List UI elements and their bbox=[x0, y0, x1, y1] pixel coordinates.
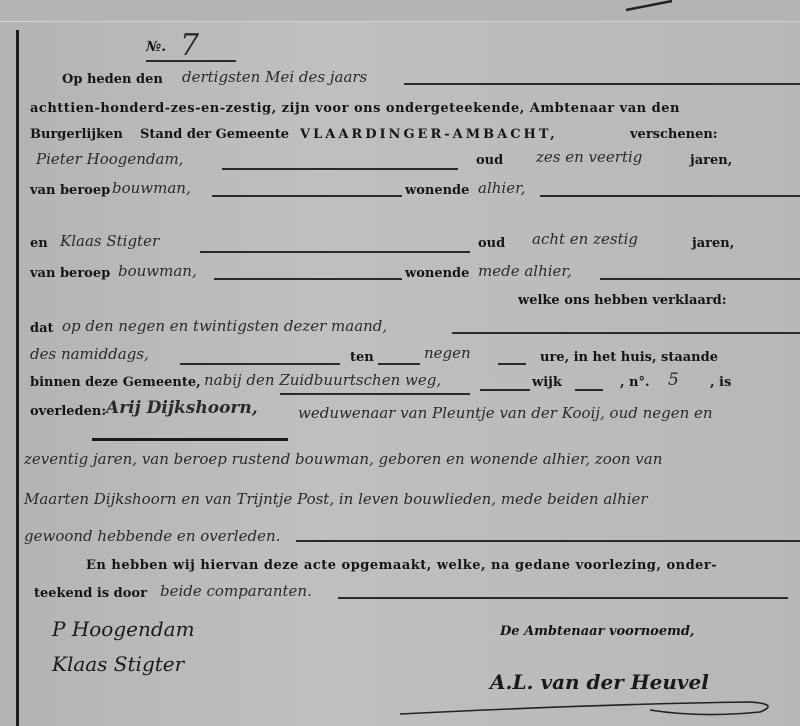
fill-line bbox=[200, 251, 470, 253]
fill-line bbox=[378, 363, 420, 365]
fill-line bbox=[480, 389, 530, 391]
deceased-details-line4: gewoond hebbende en overleden. bbox=[24, 527, 280, 545]
printed-year-line: achttien-honderd-zes-en-zestig, zijn voo… bbox=[30, 101, 680, 116]
closing-text-line1: En hebben wij hiervan deze acte opgemaak… bbox=[86, 558, 717, 573]
fill-line bbox=[222, 168, 458, 170]
deceased-name: Arij Dijkshoorn, bbox=[106, 398, 258, 418]
handwritten-date: dertigsten Mei des jaars bbox=[182, 68, 367, 86]
death-location: nabij den Zuidbuurtschen weg, bbox=[204, 371, 441, 389]
fill-line bbox=[575, 389, 603, 391]
printed-van-beroep: van beroep bbox=[30, 183, 110, 198]
fill-line bbox=[338, 597, 788, 599]
witness2-name: Klaas Stigter bbox=[60, 232, 159, 250]
printed-binnen: binnen deze Gemeente, bbox=[30, 375, 201, 390]
printed-wijk: wijk bbox=[532, 375, 562, 390]
printed-oud: oud bbox=[478, 236, 505, 251]
signatories: beide comparanten. bbox=[160, 582, 312, 600]
official-label: De Ambtenaar voornoemd, bbox=[500, 624, 694, 639]
number-underline bbox=[146, 60, 236, 62]
fill-line bbox=[296, 540, 800, 542]
printed-jaren: jaren, bbox=[690, 153, 732, 168]
printed-is: , is bbox=[710, 375, 731, 390]
printed-no: , n°. bbox=[620, 375, 650, 390]
fill-line bbox=[540, 195, 800, 197]
printed-verklaard: welke ons hebben verklaard: bbox=[518, 293, 727, 308]
printed-dat: dat bbox=[30, 321, 54, 336]
witness2-residence: mede alhier, bbox=[478, 262, 572, 280]
witness2-occupation: bouwman, bbox=[118, 262, 197, 280]
printed-verschenen: verschenen: bbox=[630, 127, 718, 142]
act-number-label: №. bbox=[146, 39, 166, 55]
fill-line bbox=[214, 278, 402, 280]
fill-line bbox=[600, 278, 800, 280]
printed-ten: ten bbox=[350, 350, 374, 365]
witness1-name: Pieter Hoogendam, bbox=[36, 150, 183, 168]
location-underline bbox=[280, 393, 470, 395]
signature-flourish-icon bbox=[400, 690, 780, 720]
witness1-age: zes en veertig bbox=[536, 148, 642, 166]
printed-ure: ure, in het huis, staande bbox=[540, 350, 718, 365]
printed-stand-der-gemeente: Stand der Gemeente bbox=[140, 127, 289, 142]
printed-overleden: overleden: bbox=[30, 404, 106, 419]
death-time-of-day: des namiddags, bbox=[30, 345, 149, 363]
scanned-document-page: №. 7 Op heden den dertigsten Mei des jaa… bbox=[0, 0, 800, 726]
witness1-occupation: bouwman, bbox=[112, 179, 191, 197]
left-margin-rule bbox=[16, 30, 19, 726]
death-hour: negen bbox=[424, 344, 471, 362]
witness2-age: acht en zestig bbox=[532, 230, 638, 248]
death-date: op den negen en twintigsten dezer maand, bbox=[62, 317, 387, 335]
printed-oud: oud bbox=[476, 153, 503, 168]
printed-en: en bbox=[30, 236, 48, 251]
printed-van-beroep: van beroep bbox=[30, 266, 110, 281]
act-number: №. bbox=[146, 36, 166, 55]
deceased-details-line1: weduwenaar van Pleuntje van der Kooij, o… bbox=[298, 404, 713, 422]
printed-jaren: jaren, bbox=[692, 236, 734, 251]
municipality-name: VLAARDINGER-AMBACHT, bbox=[300, 127, 558, 142]
fill-line bbox=[180, 363, 340, 365]
witness1-signature: P Hoogendam bbox=[52, 617, 195, 641]
fill-line bbox=[404, 83, 800, 85]
ink-blot-icon bbox=[620, 0, 700, 22]
witness2-signature: Klaas Stigter bbox=[52, 652, 184, 676]
fill-line bbox=[212, 195, 402, 197]
act-number-value: 7 bbox=[180, 28, 199, 63]
closing-text-line2: teekend is door bbox=[34, 586, 147, 601]
deceased-name-underline bbox=[92, 438, 288, 441]
printed-wonende: wonende bbox=[405, 183, 469, 198]
witness1-residence: alhier, bbox=[478, 179, 525, 197]
house-number: 5 bbox=[668, 370, 679, 390]
fill-line bbox=[452, 332, 800, 334]
printed-wonende: wonende bbox=[405, 266, 469, 281]
printed-burgerlijken: Burgerlijken bbox=[30, 127, 123, 142]
printed-op-heden: Op heden den bbox=[62, 72, 163, 87]
fill-line bbox=[498, 363, 526, 365]
deceased-details-line2: zeventig jaren, van beroep rustend bouwm… bbox=[24, 450, 662, 468]
deceased-details-line3: Maarten Dijkshoorn en van Trijntje Post,… bbox=[24, 490, 648, 508]
